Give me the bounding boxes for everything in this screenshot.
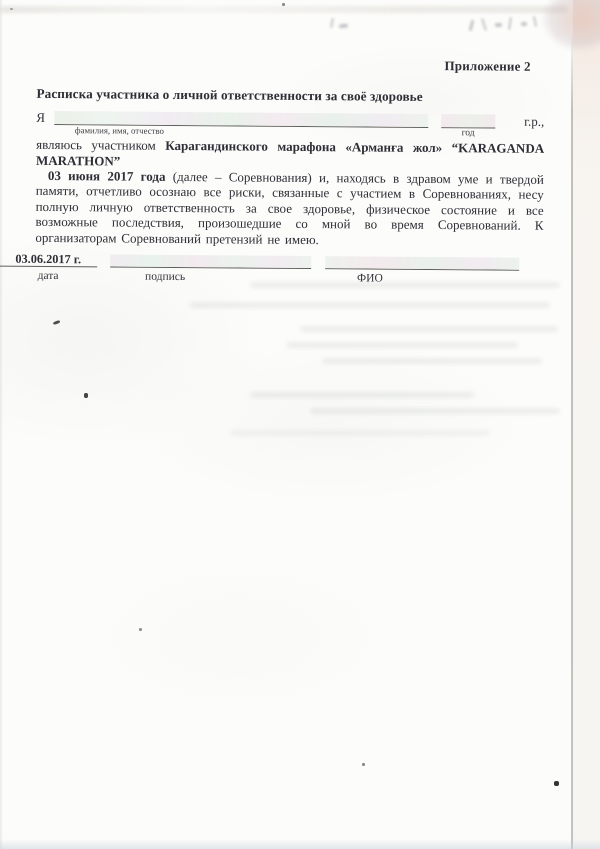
ghost-bleed-line	[250, 392, 474, 398]
ghost-bleed-line	[310, 408, 560, 414]
birth-year-highlight	[441, 114, 495, 127]
fio-highlight	[325, 256, 519, 270]
ghost-bleed-line	[322, 358, 542, 364]
scan-speck	[84, 393, 88, 398]
document-title: Расписка участника о личной ответственно…	[36, 86, 544, 106]
signature-highlight	[110, 255, 311, 269]
ghost-bleed-line	[286, 342, 518, 348]
ghost-bleed-line	[190, 302, 550, 308]
signature-caption: подпись	[110, 271, 311, 285]
scan-speck	[554, 781, 559, 786]
ghost-bleed-line	[230, 430, 490, 436]
scan-bottom-shadow	[0, 839, 600, 849]
full-name-signature-field: ФИО	[325, 254, 519, 286]
signature-row: 03.06.2017 г. дата подпись ФИО	[0, 252, 543, 286]
marathon-name-en-part1: “KARAGANDA	[452, 140, 545, 156]
birth-year-caption: год	[441, 129, 495, 138]
date-underline: 03.06.2017 г.	[0, 252, 97, 268]
document-content: Приложение 2 Расписка участника о личной…	[0, 0, 600, 286]
scan-speck	[139, 628, 142, 631]
signature-field: подпись	[110, 253, 311, 285]
scanned-document-page: Приложение 2 Расписка участника о личной…	[0, 0, 600, 849]
appendix-label: Приложение 2	[37, 55, 545, 75]
date-field: 03.06.2017 г. дата	[0, 252, 97, 283]
date-value: 03.06.2017 г.	[0, 252, 97, 267]
birth-year-blank-field: год	[441, 114, 495, 128]
declaration-paragraph: 03 июня 2017 года (далее – Соревнования)…	[35, 168, 544, 249]
date-caption: дата	[0, 270, 97, 283]
ghost-bleed-line	[300, 326, 558, 332]
participant-name-row: Я фамилия, имя, отчество год г.р.,	[36, 111, 544, 129]
scan-speck	[53, 320, 60, 325]
marathon-name-ru: Карагандинского марафона «Арманға жол»	[165, 138, 442, 155]
full-name-caption: фамилия, имя, отчество	[75, 126, 164, 136]
pronoun-label: Я	[36, 111, 45, 125]
birth-year-suffix: г.р.,	[524, 115, 544, 129]
fio-caption: ФИО	[325, 272, 519, 286]
full-name-blank-field: фамилия, имя, отчество	[54, 111, 428, 128]
participation-prefix: являюсь участником	[36, 137, 156, 153]
scan-speck	[362, 763, 365, 766]
fio-underline	[325, 254, 519, 271]
signature-underline	[110, 253, 311, 270]
competition-date: 03 июня 2017 года	[48, 168, 166, 184]
